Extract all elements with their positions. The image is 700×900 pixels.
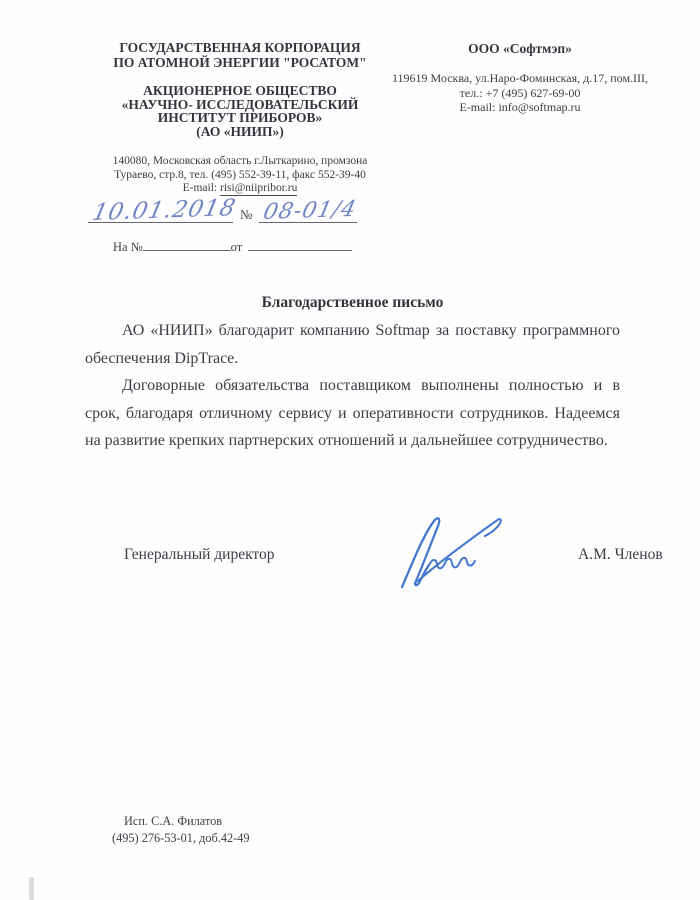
outgoing-date-field: 10.01.2018 xyxy=(88,193,233,223)
signer-name: А.М. Членов xyxy=(578,546,663,564)
incoming-date-blank xyxy=(248,237,352,251)
sender-address-block: 140080, Московская область г.Лыткарино, … xyxy=(85,155,395,196)
number-sign: № xyxy=(240,207,252,223)
incoming-reference-row: На №от xyxy=(113,237,352,255)
outgoing-number-field: 08-01/4 xyxy=(259,193,357,223)
sender-corporation-block: ГОСУДАРСТВЕННАЯ КОРПОРАЦИЯ ПО АТОМНОЙ ЭН… xyxy=(85,41,395,70)
sender-org-line4: (АО «НИИП») xyxy=(85,125,395,139)
executor-phone: (495) 276-53-01, доб.42-49 xyxy=(112,830,250,847)
recipient-name: ООО «Софтмэп» xyxy=(385,41,655,57)
sender-org-line3: ИНСТИТУТ ПРИБОРОВ» xyxy=(85,111,395,125)
sender-organization-block: АКЦИОНЕРНОЕ ОБЩЕСТВО «НАУЧНО- ИССЛЕДОВАТ… xyxy=(85,84,395,138)
sender-address-line1: 140080, Московская область г.Лыткарино, … xyxy=(85,155,395,169)
letter-title: Благодарственное письмо xyxy=(85,294,620,312)
executor-name: Исп. С.А. Филатов xyxy=(112,813,250,830)
handwritten-signature-icon xyxy=(388,511,510,591)
scanned-letter-page: ГОСУДАРСТВЕННАЯ КОРПОРАЦИЯ ПО АТОМНОЙ ЭН… xyxy=(0,0,700,900)
reference-row: 10.01.2018 № 08-01/4 xyxy=(88,194,357,223)
incoming-number-blank xyxy=(143,237,231,251)
handwritten-number: 08-01/4 xyxy=(261,197,359,225)
recipient-address-line2: тел.: +7 (495) 627-69-00 xyxy=(385,86,655,101)
recipient-address-line3: E-mail: info@softmap.ru xyxy=(385,100,655,115)
sender-org-line2: «НАУЧНО- ИССЛЕДОВАТЕЛЬСКИЙ xyxy=(85,98,395,112)
signer-position-title: Генеральный директор xyxy=(124,546,275,564)
sender-corp-line2: ПО АТОМНОЙ ЭНЕРГИИ "РОСАТОМ" xyxy=(85,56,395,71)
sender-corp-line1: ГОСУДАРСТВЕННАЯ КОРПОРАЦИЯ xyxy=(85,41,395,56)
letter-paragraph-2: Договорные обязательства поставщиком вып… xyxy=(85,372,620,455)
scan-artifact-mark xyxy=(29,877,34,900)
executor-footer: Исп. С.А. Филатов (495) 276-53-01, доб.4… xyxy=(112,813,250,846)
na-no-label: На № xyxy=(113,240,143,254)
recipient-address-line1: 119619 Москва, ул.Наро-Фоминская, д.17, … xyxy=(385,71,655,86)
sender-org-line1: АКЦИОНЕРНОЕ ОБЩЕСТВО xyxy=(85,84,395,98)
ot-label: от xyxy=(231,240,243,254)
letter-body: АО «НИИП» благодарит компанию Softmap за… xyxy=(85,317,620,455)
handwritten-date: 10.01.2018 xyxy=(90,195,238,226)
sender-address-line2: Тураево, стр.8, тел. (495) 552-39-11, фа… xyxy=(85,169,395,183)
recipient-address-block: 119619 Москва, ул.Наро-Фоминская, д.17, … xyxy=(385,71,655,115)
letter-paragraph-1: АО «НИИП» благодарит компанию Softmap за… xyxy=(85,317,620,372)
